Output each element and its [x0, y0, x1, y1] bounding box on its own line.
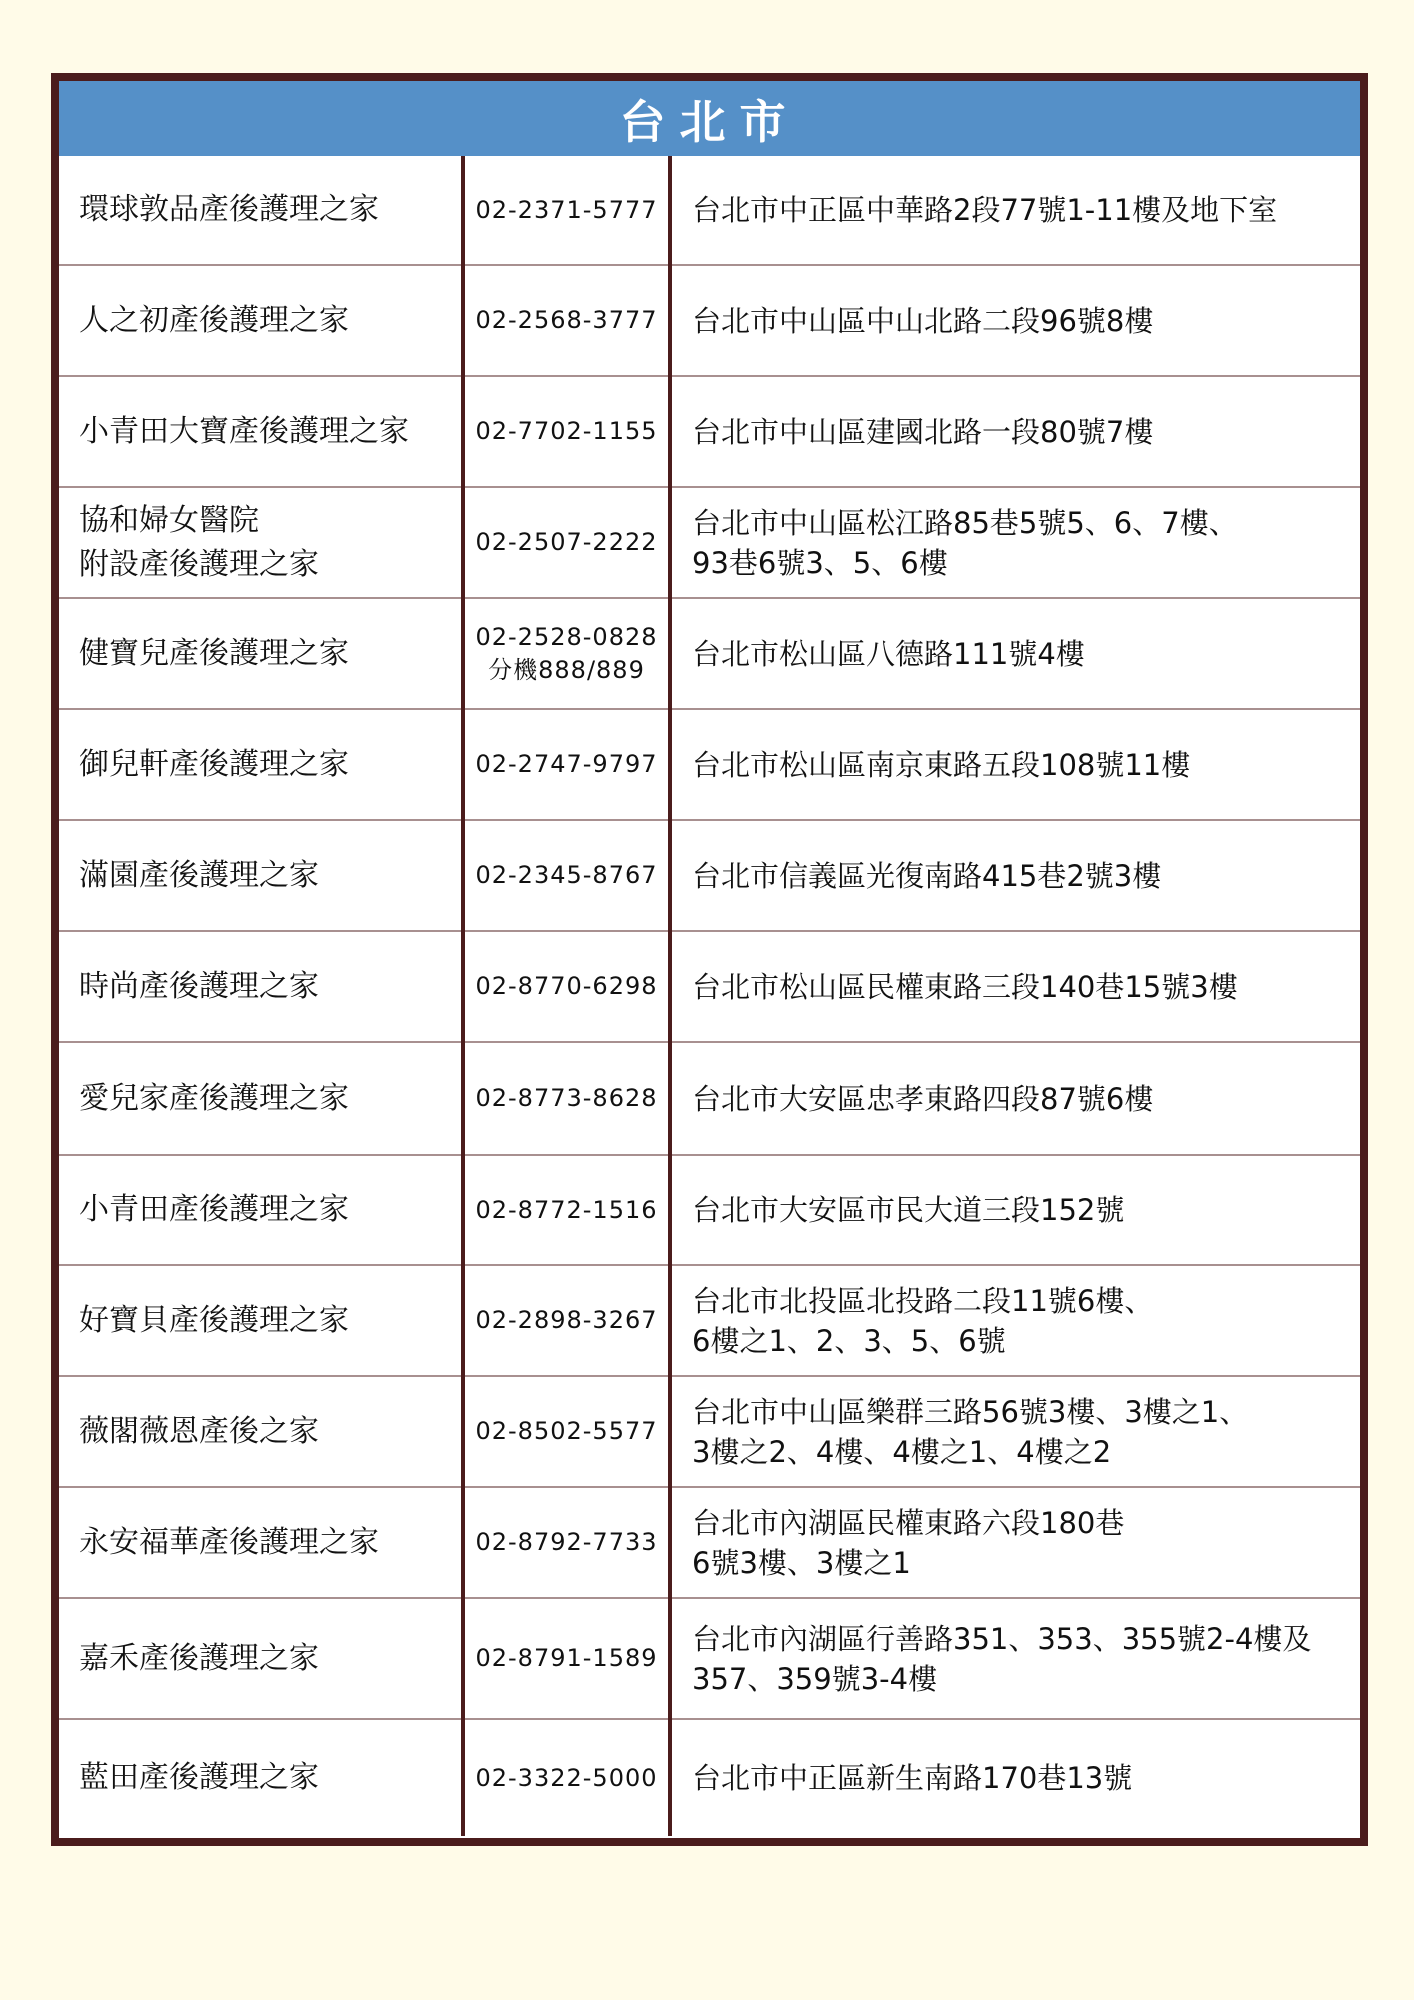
- address: 台北市松山區民權東路三段140巷15號3樓: [670, 931, 1360, 1042]
- facility-name-line: 滿園產後護理之家: [79, 854, 461, 898]
- phone-number-line: 分機888/889: [465, 654, 668, 687]
- phone-number: 02-8791-1589: [463, 1598, 670, 1719]
- address-line: 台北市內湖區行善路351、353、355號2-4樓及: [692, 1619, 1360, 1659]
- table-row: 好寶貝產後護理之家02-2898-3267台北市北投區北投路二段11號6樓、6樓…: [59, 1265, 1360, 1376]
- table-row: 滿園產後護理之家02-2345-8767台北市信義區光復南路415巷2號3樓: [59, 820, 1360, 931]
- phone-number-line: 02-2568-3777: [465, 304, 668, 337]
- table-row: 健寶兒產後護理之家02-2528-0828分機888/889台北市松山區八德路1…: [59, 598, 1360, 709]
- table-row: 環球敦品產後護理之家02-2371-5777台北市中正區中華路2段77號1-11…: [59, 156, 1360, 265]
- phone-number: 02-2528-0828分機888/889: [463, 598, 670, 709]
- postpartum-care-table: 環球敦品產後護理之家02-2371-5777台北市中正區中華路2段77號1-11…: [59, 156, 1360, 1836]
- address: 台北市大安區忠孝東路四段87號6樓: [670, 1042, 1360, 1155]
- phone-number: 02-2371-5777: [463, 156, 670, 265]
- page-title: 台北市: [59, 81, 1360, 156]
- facility-name-line: 健寶兒產後護理之家: [79, 632, 461, 676]
- phone-number-line: 02-2898-3267: [465, 1304, 668, 1337]
- phone-number: 02-2747-9797: [463, 709, 670, 820]
- facility-name: 協和婦女醫院附設產後護理之家: [59, 487, 463, 598]
- address-line: 6樓之1、2、3、5、6號: [692, 1321, 1360, 1361]
- address-line: 357、359號3-4樓: [692, 1659, 1360, 1699]
- address-line: 台北市松山區民權東路三段140巷15號3樓: [692, 967, 1360, 1007]
- address: 台北市信義區光復南路415巷2號3樓: [670, 820, 1360, 931]
- phone-number: 02-8773-8628: [463, 1042, 670, 1155]
- address-line: 台北市大安區忠孝東路四段87號6樓: [692, 1079, 1360, 1119]
- facility-name: 環球敦品產後護理之家: [59, 156, 463, 265]
- address: 台北市內湖區民權東路六段180巷6號3樓、3樓之1: [670, 1487, 1360, 1598]
- phone-number: 02-2507-2222: [463, 487, 670, 598]
- facility-name-line: 愛兒家產後護理之家: [79, 1077, 461, 1121]
- address-line: 台北市信義區光復南路415巷2號3樓: [692, 856, 1360, 896]
- phone-number-line: 02-7702-1155: [465, 415, 668, 448]
- address: 台北市中正區新生南路170巷13號: [670, 1719, 1360, 1836]
- phone-number: 02-2345-8767: [463, 820, 670, 931]
- table-row: 小青田大寶產後護理之家02-7702-1155台北市中山區建國北路一段80號7樓: [59, 376, 1360, 487]
- facility-name-line: 嘉禾產後護理之家: [79, 1637, 461, 1681]
- phone-number: 02-2898-3267: [463, 1265, 670, 1376]
- table-row: 永安福華產後護理之家02-8792-7733台北市內湖區民權東路六段180巷6號…: [59, 1487, 1360, 1598]
- address: 台北市松山區八德路111號4樓: [670, 598, 1360, 709]
- phone-number-line: 02-2507-2222: [465, 526, 668, 559]
- table-row: 藍田產後護理之家02-3322-5000台北市中正區新生南路170巷13號: [59, 1719, 1360, 1836]
- facility-name-line: 好寶貝產後護理之家: [79, 1299, 461, 1343]
- facility-name-line: 永安福華產後護理之家: [79, 1521, 461, 1565]
- table-row: 薇閣薇恩產後之家02-8502-5577台北市中山區樂群三路56號3樓、3樓之1…: [59, 1376, 1360, 1487]
- facility-name: 御兒軒產後護理之家: [59, 709, 463, 820]
- address: 台北市松山區南京東路五段108號11樓: [670, 709, 1360, 820]
- facility-name: 薇閣薇恩產後之家: [59, 1376, 463, 1487]
- facility-name: 永安福華產後護理之家: [59, 1487, 463, 1598]
- facility-name: 人之初產後護理之家: [59, 265, 463, 376]
- facility-name-line: 人之初產後護理之家: [79, 299, 461, 343]
- phone-number-line: 02-8791-1589: [465, 1642, 668, 1675]
- address-line: 台北市中正區中華路2段77號1-11樓及地下室: [692, 190, 1360, 230]
- table-row: 御兒軒產後護理之家02-2747-9797台北市松山區南京東路五段108號11樓: [59, 709, 1360, 820]
- table-row: 愛兒家產後護理之家02-8773-8628台北市大安區忠孝東路四段87號6樓: [59, 1042, 1360, 1155]
- facility-name-line: 附設產後護理之家: [79, 543, 461, 587]
- table-row: 嘉禾產後護理之家02-8791-1589台北市內湖區行善路351、353、355…: [59, 1598, 1360, 1719]
- table-body: 環球敦品產後護理之家02-2371-5777台北市中正區中華路2段77號1-11…: [59, 156, 1360, 1836]
- address-line: 台北市松山區南京東路五段108號11樓: [692, 745, 1360, 785]
- facility-name-line: 薇閣薇恩產後之家: [79, 1410, 461, 1454]
- phone-number-line: 02-8792-7733: [465, 1526, 668, 1559]
- address-line: 93巷6號3、5、6樓: [692, 543, 1360, 583]
- table-row: 時尚產後護理之家02-8770-6298台北市松山區民權東路三段140巷15號3…: [59, 931, 1360, 1042]
- table-row: 小青田產後護理之家02-8772-1516台北市大安區市民大道三段152號: [59, 1155, 1360, 1265]
- phone-number: 02-8772-1516: [463, 1155, 670, 1265]
- phone-number-line: 02-2747-9797: [465, 748, 668, 781]
- facility-name-line: 藍田產後護理之家: [79, 1756, 461, 1800]
- facility-name: 好寶貝產後護理之家: [59, 1265, 463, 1376]
- address-line: 台北市中山區樂群三路56號3樓、3樓之1、: [692, 1392, 1360, 1432]
- phone-number-line: 02-8773-8628: [465, 1082, 668, 1115]
- address: 台北市中山區建國北路一段80號7樓: [670, 376, 1360, 487]
- phone-number-line: 02-2528-0828: [465, 621, 668, 654]
- phone-number-line: 02-8502-5577: [465, 1415, 668, 1448]
- address-line: 3樓之2、4樓、4樓之1、4樓之2: [692, 1432, 1360, 1472]
- address: 台北市中山區中山北路二段96號8樓: [670, 265, 1360, 376]
- address-line: 台北市中正區新生南路170巷13號: [692, 1758, 1360, 1798]
- address-line: 台北市松山區八德路111號4樓: [692, 634, 1360, 674]
- facility-name: 小青田大寶產後護理之家: [59, 376, 463, 487]
- facility-name: 時尚產後護理之家: [59, 931, 463, 1042]
- address-line: 台北市北投區北投路二段11號6樓、: [692, 1281, 1360, 1321]
- address-line: 6號3樓、3樓之1: [692, 1543, 1360, 1583]
- facility-name: 小青田產後護理之家: [59, 1155, 463, 1265]
- facility-name-line: 協和婦女醫院: [79, 499, 461, 543]
- phone-number-line: 02-2345-8767: [465, 859, 668, 892]
- facility-name: 愛兒家產後護理之家: [59, 1042, 463, 1155]
- phone-number-line: 02-8772-1516: [465, 1194, 668, 1227]
- phone-number: 02-8770-6298: [463, 931, 670, 1042]
- address: 台北市大安區市民大道三段152號: [670, 1155, 1360, 1265]
- table-row: 人之初產後護理之家02-2568-3777台北市中山區中山北路二段96號8樓: [59, 265, 1360, 376]
- phone-number-line: 02-8770-6298: [465, 970, 668, 1003]
- address-line: 台北市內湖區民權東路六段180巷: [692, 1503, 1360, 1543]
- address: 台北市中山區松江路85巷5號5、6、7樓、93巷6號3、5、6樓: [670, 487, 1360, 598]
- phone-number-line: 02-3322-5000: [465, 1762, 668, 1795]
- phone-number: 02-7702-1155: [463, 376, 670, 487]
- table-row: 協和婦女醫院附設產後護理之家02-2507-2222台北市中山區松江路85巷5號…: [59, 487, 1360, 598]
- facility-name-line: 時尚產後護理之家: [79, 965, 461, 1009]
- phone-number-line: 02-2371-5777: [465, 194, 668, 227]
- facility-name: 健寶兒產後護理之家: [59, 598, 463, 709]
- phone-number: 02-8792-7733: [463, 1487, 670, 1598]
- address: 台北市中山區樂群三路56號3樓、3樓之1、3樓之2、4樓、4樓之1、4樓之2: [670, 1376, 1360, 1487]
- facility-name-line: 環球敦品產後護理之家: [79, 188, 461, 232]
- facility-name: 滿園產後護理之家: [59, 820, 463, 931]
- address: 台北市中正區中華路2段77號1-11樓及地下室: [670, 156, 1360, 265]
- facility-name: 嘉禾產後護理之家: [59, 1598, 463, 1719]
- facility-name-line: 小青田大寶產後護理之家: [79, 410, 461, 454]
- facility-name-line: 御兒軒產後護理之家: [79, 743, 461, 787]
- address-line: 台北市大安區市民大道三段152號: [692, 1190, 1360, 1230]
- address-line: 台北市中山區松江路85巷5號5、6、7樓、: [692, 503, 1360, 543]
- facility-name-line: 小青田產後護理之家: [79, 1188, 461, 1232]
- address-line: 台北市中山區建國北路一段80號7樓: [692, 412, 1360, 452]
- facility-name: 藍田產後護理之家: [59, 1719, 463, 1836]
- phone-number: 02-2568-3777: [463, 265, 670, 376]
- phone-number: 02-8502-5577: [463, 1376, 670, 1487]
- address-line: 台北市中山區中山北路二段96號8樓: [692, 301, 1360, 341]
- directory-frame: 台北市 環球敦品產後護理之家02-2371-5777台北市中正區中華路2段77號…: [51, 73, 1368, 1846]
- address: 台北市內湖區行善路351、353、355號2-4樓及357、359號3-4樓: [670, 1598, 1360, 1719]
- phone-number: 02-3322-5000: [463, 1719, 670, 1836]
- address: 台北市北投區北投路二段11號6樓、6樓之1、2、3、5、6號: [670, 1265, 1360, 1376]
